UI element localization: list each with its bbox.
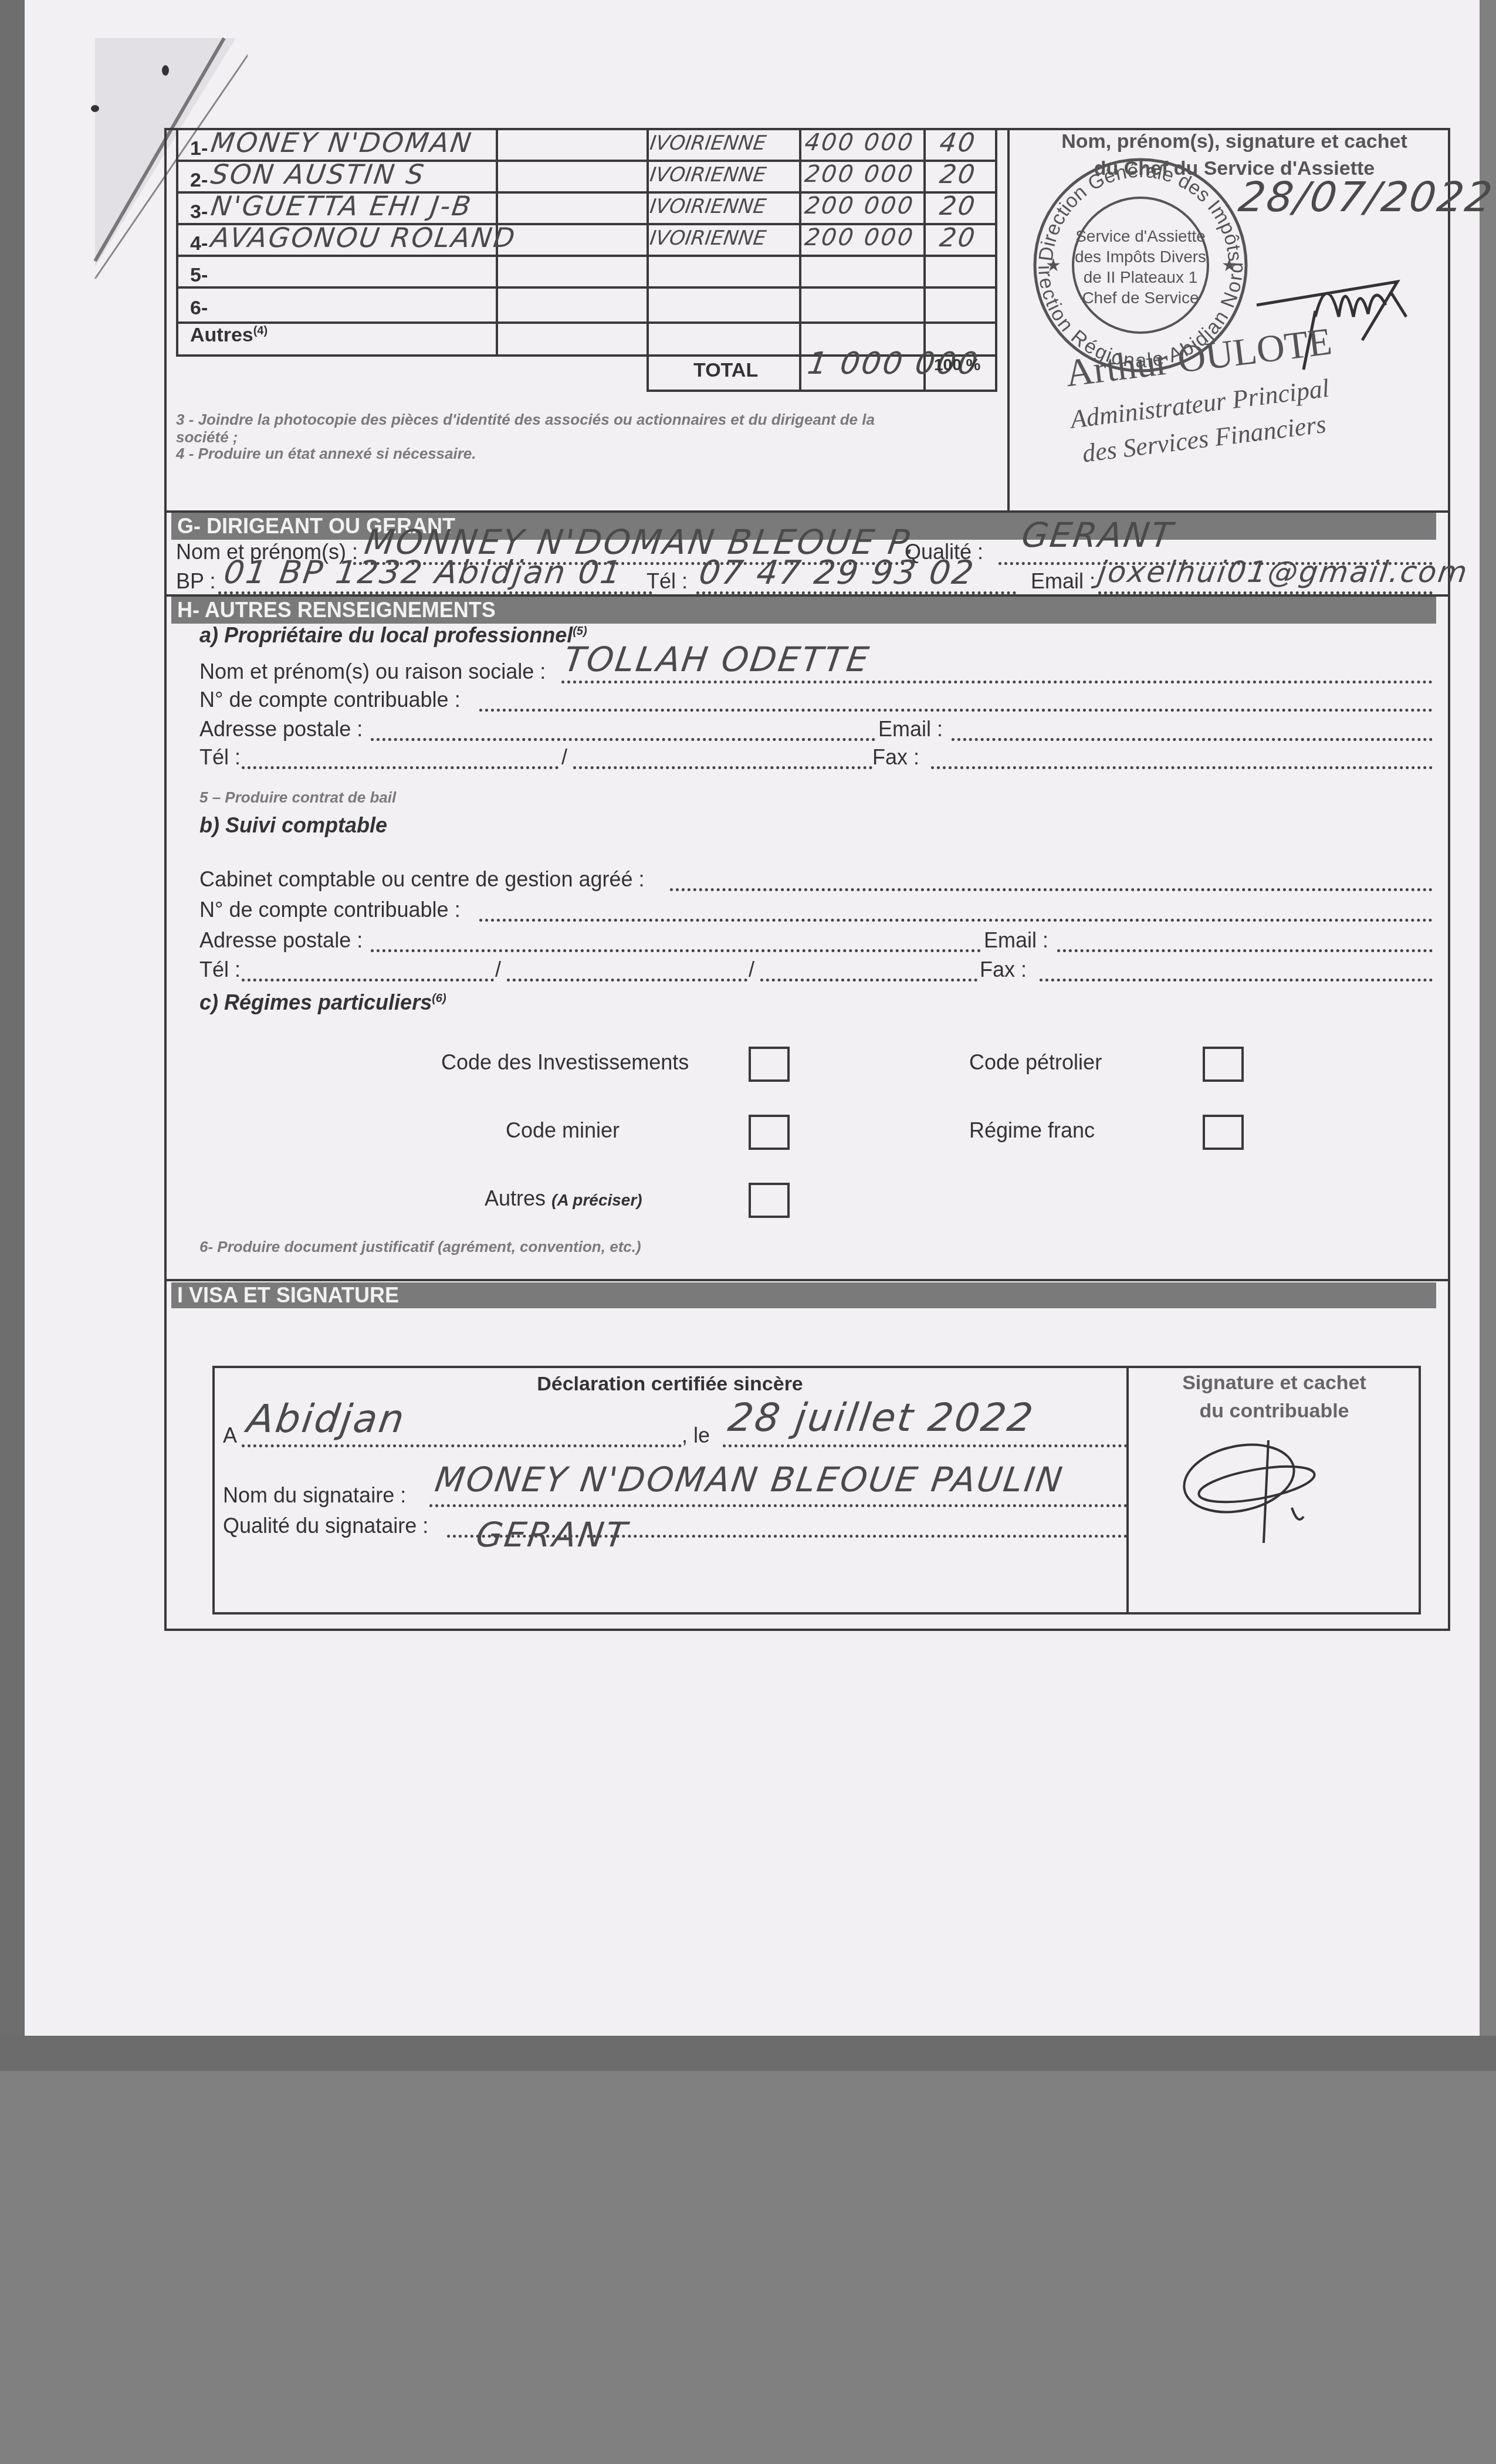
signatory-quality-value: GERANT [473,1515,631,1555]
declaration-title: Déclaration certifiée sincère [212,1373,1128,1396]
svg-text:Direction Générale des Impôts: Direction Générale des Impôts [1035,160,1246,262]
owner-tel-field-1[interactable] [242,766,559,769]
shareholder-nationality: IVOIRIENNE [648,131,767,155]
checkbox-code-investissements[interactable] [749,1047,790,1082]
owner-name-field[interactable] [561,681,1433,683]
shareholder-row-number: 3- [190,201,208,224]
svg-text:Chef de Service: Chef de Service [1082,289,1199,307]
total-percent: 100 % [934,356,980,374]
accounting-heading: b) Suivi comptable [199,813,387,838]
signatory-quality-label: Qualité du signataire : [223,1514,428,1538]
chief-date: 28/07/2022 [1236,173,1496,221]
owner-name-value: TOLLAH ODETTE [561,639,872,679]
footnote-6: 6- Produire document justificatif (agrém… [199,1238,641,1256]
owner-fax-label: Fax : [872,745,919,770]
place-field[interactable] [242,1444,682,1447]
chief-title-line1: Nom, prénom(s), signature et cachet [1047,130,1422,153]
taxpayer-sig-line1: Signature et cachet [1129,1372,1420,1395]
accounting-account-label: N° de compte contribuable : [199,898,461,922]
regime-label-franc: Régime franc [969,1118,1095,1143]
shareholder-nationality: IVOIRIENNE [648,195,767,218]
svg-text:★: ★ [1045,256,1061,275]
accounting-firm-field[interactable] [670,888,1433,891]
scanner-bottom-band [0,2036,1496,2071]
owner-email-field[interactable] [952,738,1433,741]
accounting-tel-label: Tél : [199,957,241,982]
regimes-heading: c) Régimes particuliers(6) [199,990,446,1015]
svg-text:★: ★ [1221,256,1237,275]
owner-account-label: N° de compte contribuable : [199,688,461,712]
shareholder-row-number: 4- [190,232,208,255]
owner-address-field[interactable] [371,738,875,741]
signatory-field[interactable] [429,1504,1128,1507]
manager-tel-value: 07 47 29 93 02 [696,554,977,592]
shareholder-nationality: IVOIRIENNE [648,226,767,250]
date-value: 28 juillet 2022 [726,1395,1037,1440]
accounting-account-field[interactable] [479,919,1433,922]
shareholder-percent: 40 [937,128,978,158]
manager-quality-value: GERANT [1019,515,1176,555]
date-label: , le [682,1423,710,1448]
regime-label-autres: Autres (A préciser) [485,1186,642,1211]
accounting-address-field[interactable] [371,949,981,952]
taxpayer-sig-line2: du contribuable [1129,1400,1420,1423]
accounting-fax-label: Fax : [980,957,1027,982]
accounting-email-field[interactable] [1057,949,1433,952]
owner-address-label: Adresse postale : [199,717,363,742]
footnote-3-cont: société ; [176,428,238,446]
checkbox-autres[interactable] [749,1183,790,1218]
place-value: Abidjan [245,1396,409,1441]
shareholder-name: MONEY N'DOMAN [209,127,475,158]
bp-label: BP : [176,569,215,594]
checkbox-code-petrolier[interactable] [1203,1047,1244,1082]
svg-text:de II Plateaux 1: de II Plateaux 1 [1084,268,1198,286]
owner-account-field[interactable] [479,709,1433,712]
svg-text:des Impôts Divers: des Impôts Divers [1075,248,1206,266]
regime-label-minier: Code minier [506,1118,620,1143]
owner-tel-field-2[interactable] [573,766,872,769]
shareholder-row-number: 6- [190,297,208,320]
others-label: Autres(4) [190,324,268,347]
accounting-tel-field-3[interactable] [760,979,977,981]
shareholder-row-number: 5- [190,264,208,287]
signatory-value: MONEY N'DOMAN BLEOUE PAULIN [432,1460,1066,1500]
manager-email-value: joxelhui01@gmail.com [1096,555,1471,589]
total-label: TOTAL [693,359,758,382]
checkbox-regime-franc[interactable] [1203,1115,1244,1150]
signatory-label: Nom du signataire : [223,1483,406,1508]
shareholder-percent: 20 [937,160,978,189]
accounting-fax-field[interactable] [1040,979,1433,981]
section-i-header: I VISA ET SIGNATURE [171,1282,1436,1308]
shareholder-percent: 20 [937,223,978,253]
accounting-tel-field-2[interactable] [507,979,747,981]
shareholder-nationality: IVOIRIENNE [648,163,767,187]
scanner-left-edge [0,0,25,2071]
regime-label-petrolier: Code pétrolier [969,1050,1102,1075]
owner-email-label: Email : [878,717,943,742]
owner-heading: a) Propriétaire du local professionnel(5… [199,623,587,648]
owner-name-label: Nom et prénom(s) ou raison sociale : [199,659,546,684]
shareholder-row-number: 2- [190,169,208,192]
footnote-4: 4 - Produire un état annexé si nécessair… [176,445,476,463]
shareholder-name: AVAGONOU ROLAND [209,222,518,253]
manager-email-label: Email : [1031,569,1095,594]
place-label: A [223,1423,237,1448]
accounting-email-label: Email : [984,928,1048,953]
accounting-tel-field-1[interactable] [242,979,494,981]
shareholder-amount: 200 000 [803,161,916,188]
shareholder-name: N'GUETTA EHI J-B [209,190,475,222]
shareholder-name: SON AUSTIN S [209,158,427,190]
taxpayer-signature-icon [1175,1437,1327,1555]
scanned-page: 1-MONEY N'DOMANIVOIRIENNE400 000402-SON … [25,0,1480,2040]
accounting-address-label: Adresse postale : [199,928,363,953]
shareholder-percent: 20 [937,191,978,221]
manager-tel-label: Tél : [647,569,688,594]
bp-value: 01 BP 1232 Abidjan 01 [222,554,625,591]
owner-fax-field[interactable] [931,766,1433,769]
date-field[interactable] [723,1444,1128,1447]
svg-text:Service d'Assiette: Service d'Assiette [1075,227,1206,245]
section-h-header: H- AUTRES RENSEIGNEMENTS [171,597,1436,624]
shareholder-row-number: 1- [190,137,208,160]
owner-tel-label: Tél : [199,745,241,770]
regime-label-investissements: Code des Investissements [441,1050,689,1075]
checkbox-code-minier[interactable] [749,1115,790,1150]
footnote-5: 5 – Produire contrat de bail [199,788,396,807]
shareholder-amount: 200 000 [803,192,916,219]
footnote-3: 3 - Joindre la photocopie des pièces d'i… [176,411,875,429]
accounting-firm-label: Cabinet comptable ou centre de gestion a… [199,867,645,892]
shareholder-amount: 200 000 [803,224,916,251]
shareholder-amount: 400 000 [803,129,916,156]
